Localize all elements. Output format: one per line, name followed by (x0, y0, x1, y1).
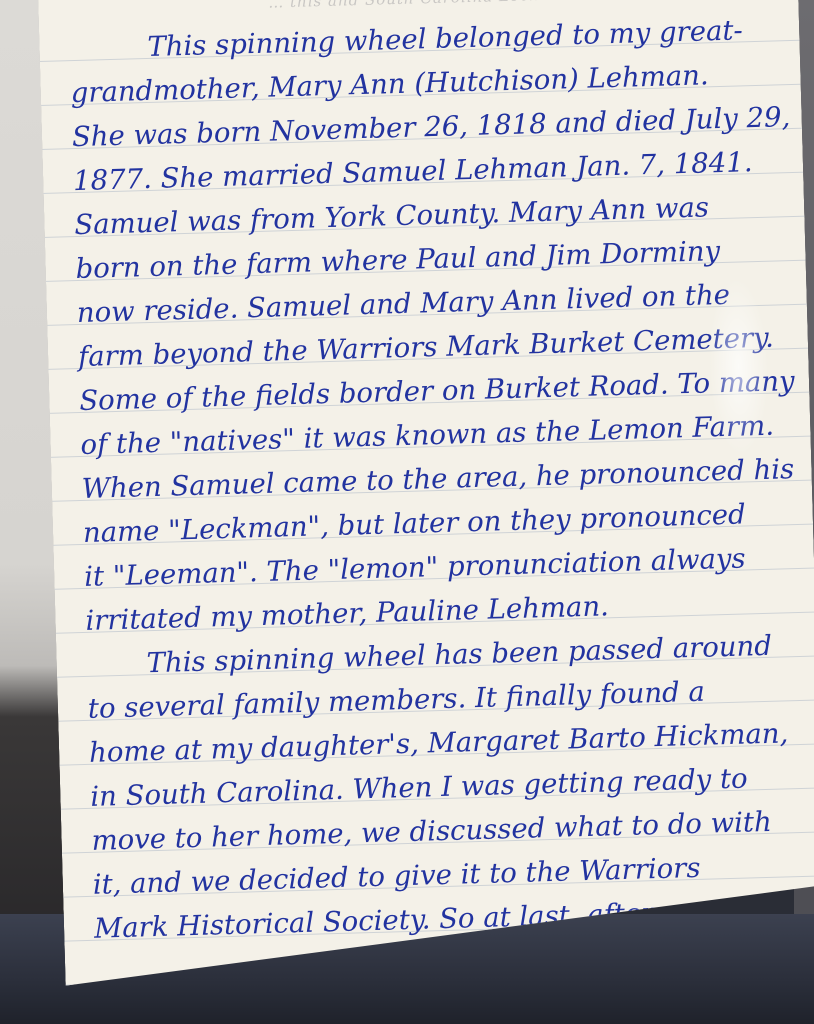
bleed-through-text: … this and South Carolina Lock … (268, 0, 561, 12)
lined-paper-page: … this and South Carolina Lock … This sp… (38, 0, 814, 986)
handwritten-text: This spinning wheel belonged to my great… (69, 7, 814, 951)
